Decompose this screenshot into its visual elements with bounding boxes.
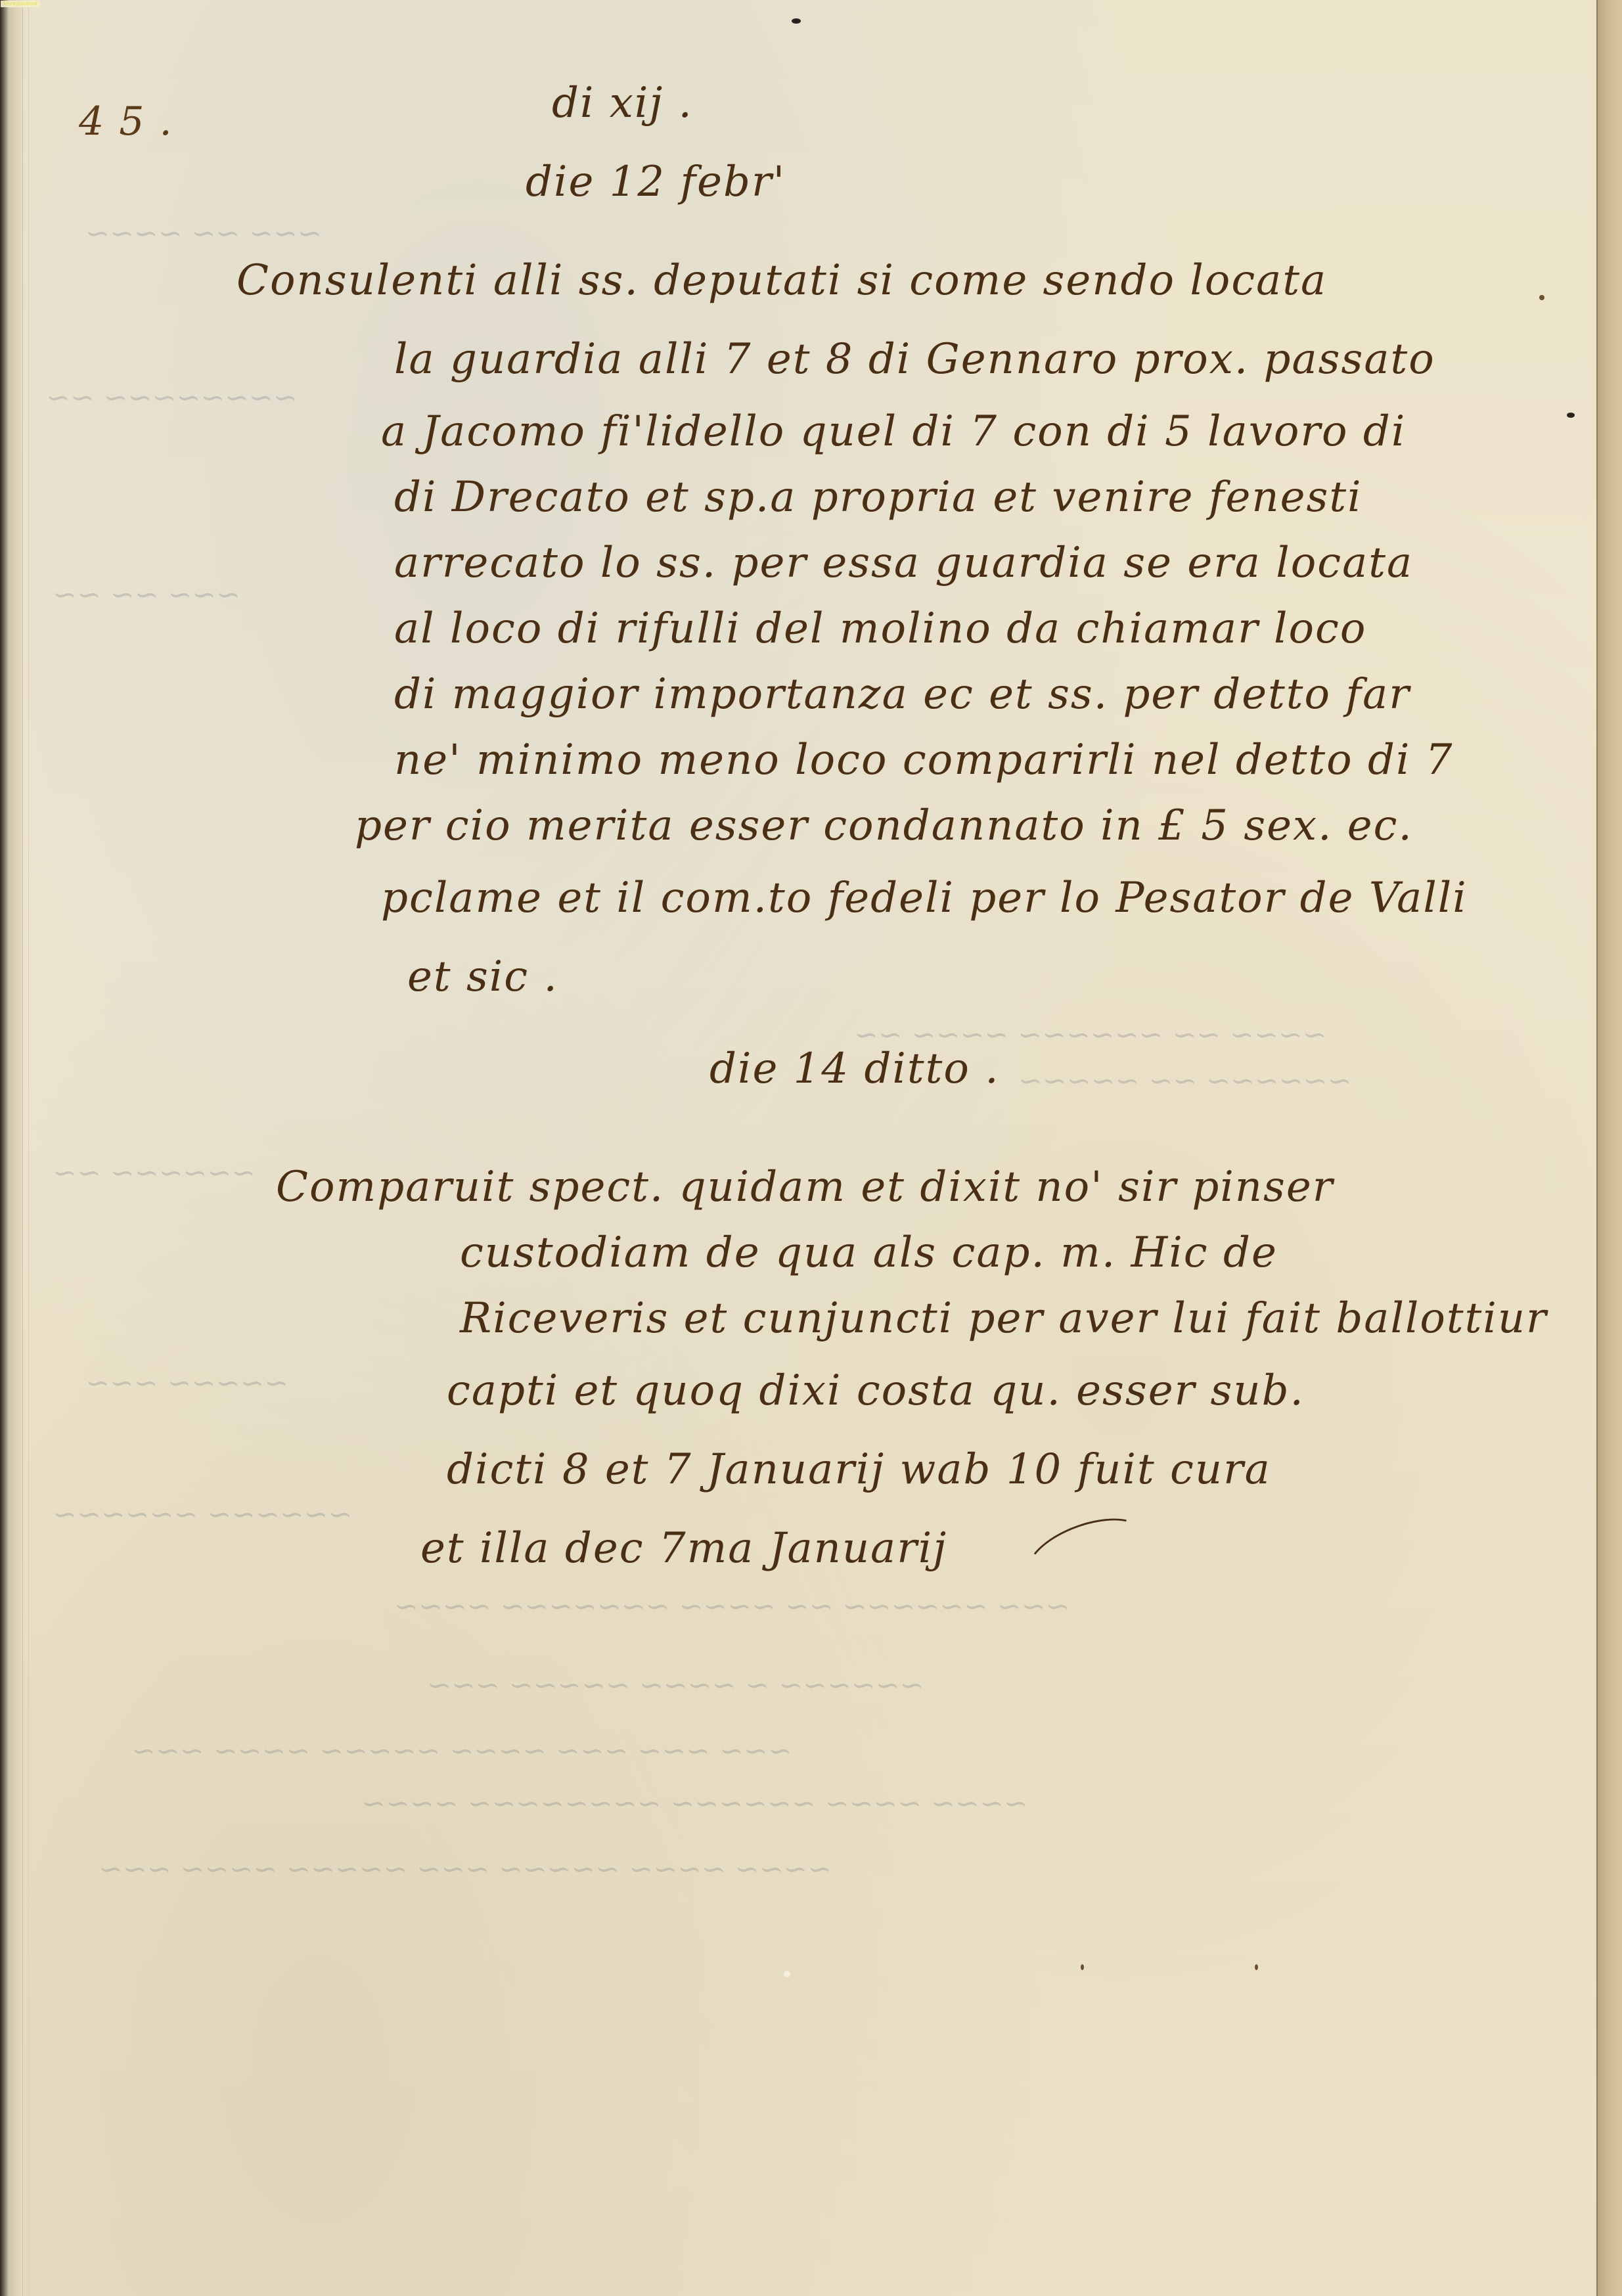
- watermark-label: Unregistered: [1, 1, 40, 7]
- bleed-through-text: ~~~~~~ ~~: [53, 1156, 256, 1190]
- entry-1-date-subheading: die 12 febr': [526, 158, 786, 206]
- entry-2-line: Riceveris et cunjuncti per aver lui fait…: [460, 1294, 1548, 1343]
- entry-1-line: di Drecato et sp.a propria et venire fen…: [394, 473, 1363, 522]
- entry-1-line: per cio merita esser condannato in £ 5 s…: [355, 801, 1413, 850]
- binding-edge-strip: [1596, 0, 1622, 2296]
- folio-number: 4 5 .: [79, 99, 173, 145]
- closing-flourish-mark: [1019, 1505, 1153, 1600]
- page-left-edge: [0, 0, 22, 2296]
- entry-2-line: dicti 8 et 7 Januarij wab 10 fuit cura: [447, 1445, 1271, 1494]
- entry-2-line: custodiam de qua als cap. m. Hic de: [460, 1228, 1278, 1277]
- bleed-through-text: ~~~~~~~~ ~~: [46, 381, 298, 415]
- entry-1-date-heading: di xij .: [552, 79, 693, 127]
- foxing-spot: [1081, 1964, 1084, 1970]
- bleed-through-text: ~~~~~~ ~~~~~~: [53, 1498, 352, 1531]
- ink-spot: [1567, 413, 1575, 418]
- entry-1-line: di maggior importanza ec et ss. per dett…: [394, 670, 1410, 719]
- bleed-through-text: ~~~ ~~~~~~ ~~ ~~~~ ~~~~~~~ ~~~~: [394, 1590, 1070, 1623]
- entry-1-line: arrecato lo ss. per essa guardia se era …: [394, 539, 1413, 587]
- entry-1-line: Consulenti alli ss. deputati si come sen…: [237, 256, 1327, 305]
- entry-1-line: pclame et il com.to fedeli per lo Pesato…: [381, 874, 1468, 922]
- bleed-through-text: ~~~~ ~~~~ ~~~~~ ~~~ ~~~~~ ~~~~ ~~~: [99, 1853, 832, 1886]
- bleed-through-text: ~~~~~~ ~ ~~~~ ~~~~~ ~~~: [427, 1669, 924, 1702]
- page-fold-line: [22, 0, 29, 2296]
- entry-2-date-heading: die 14 ditto .: [710, 1045, 1000, 1093]
- paper-bump: [784, 1971, 790, 1977]
- entry-1-line: la guardia alli 7 et 8 di Gennaro prox. …: [394, 335, 1435, 384]
- entry-1-line: et sic .: [407, 953, 558, 1001]
- foxing-spot: [1539, 295, 1544, 300]
- entry-2-line: capti et quoq dixi costa qu. esser sub.: [447, 1366, 1305, 1415]
- bleed-through-text: ~~~ ~~ ~~~~: [85, 217, 322, 250]
- bleed-through-text: ~~~~~~ ~~ ~~~~~: [1018, 1064, 1351, 1098]
- entry-2-line: Comparuit spect. quidam et dixit no' sir…: [276, 1163, 1334, 1211]
- bleed-through-text: ~~~~~ ~~~: [85, 1366, 288, 1400]
- entry-1-line: ne' minimo meno loco comparirli nel dett…: [394, 736, 1454, 784]
- bleed-through-text: ~~~~ ~~~~ ~~~~~~ ~~~~~~~~ ~~~~: [361, 1787, 1028, 1820]
- entry-2-line: et illa dec 7ma Januarij: [420, 1524, 947, 1573]
- manuscript-page: ~~~ ~~ ~~~~ ~~~~~~~~ ~~ ~~~ ~~ ~~ ~~~~ ~…: [0, 0, 1596, 2296]
- foxing-spot: [1255, 1964, 1258, 1970]
- entry-1-line: al loco di rifulli del molino da chiamar…: [394, 604, 1366, 653]
- bleed-through-text: ~~~ ~~~ ~~~ ~~~~ ~~~~~ ~~~~ ~~~: [131, 1734, 792, 1768]
- ink-spot: [792, 18, 801, 24]
- bleed-through-text: ~~~ ~~ ~~: [53, 578, 240, 612]
- entry-1-line: a Jacomo fi'lidello quel di 7 con di 5 l…: [381, 407, 1406, 456]
